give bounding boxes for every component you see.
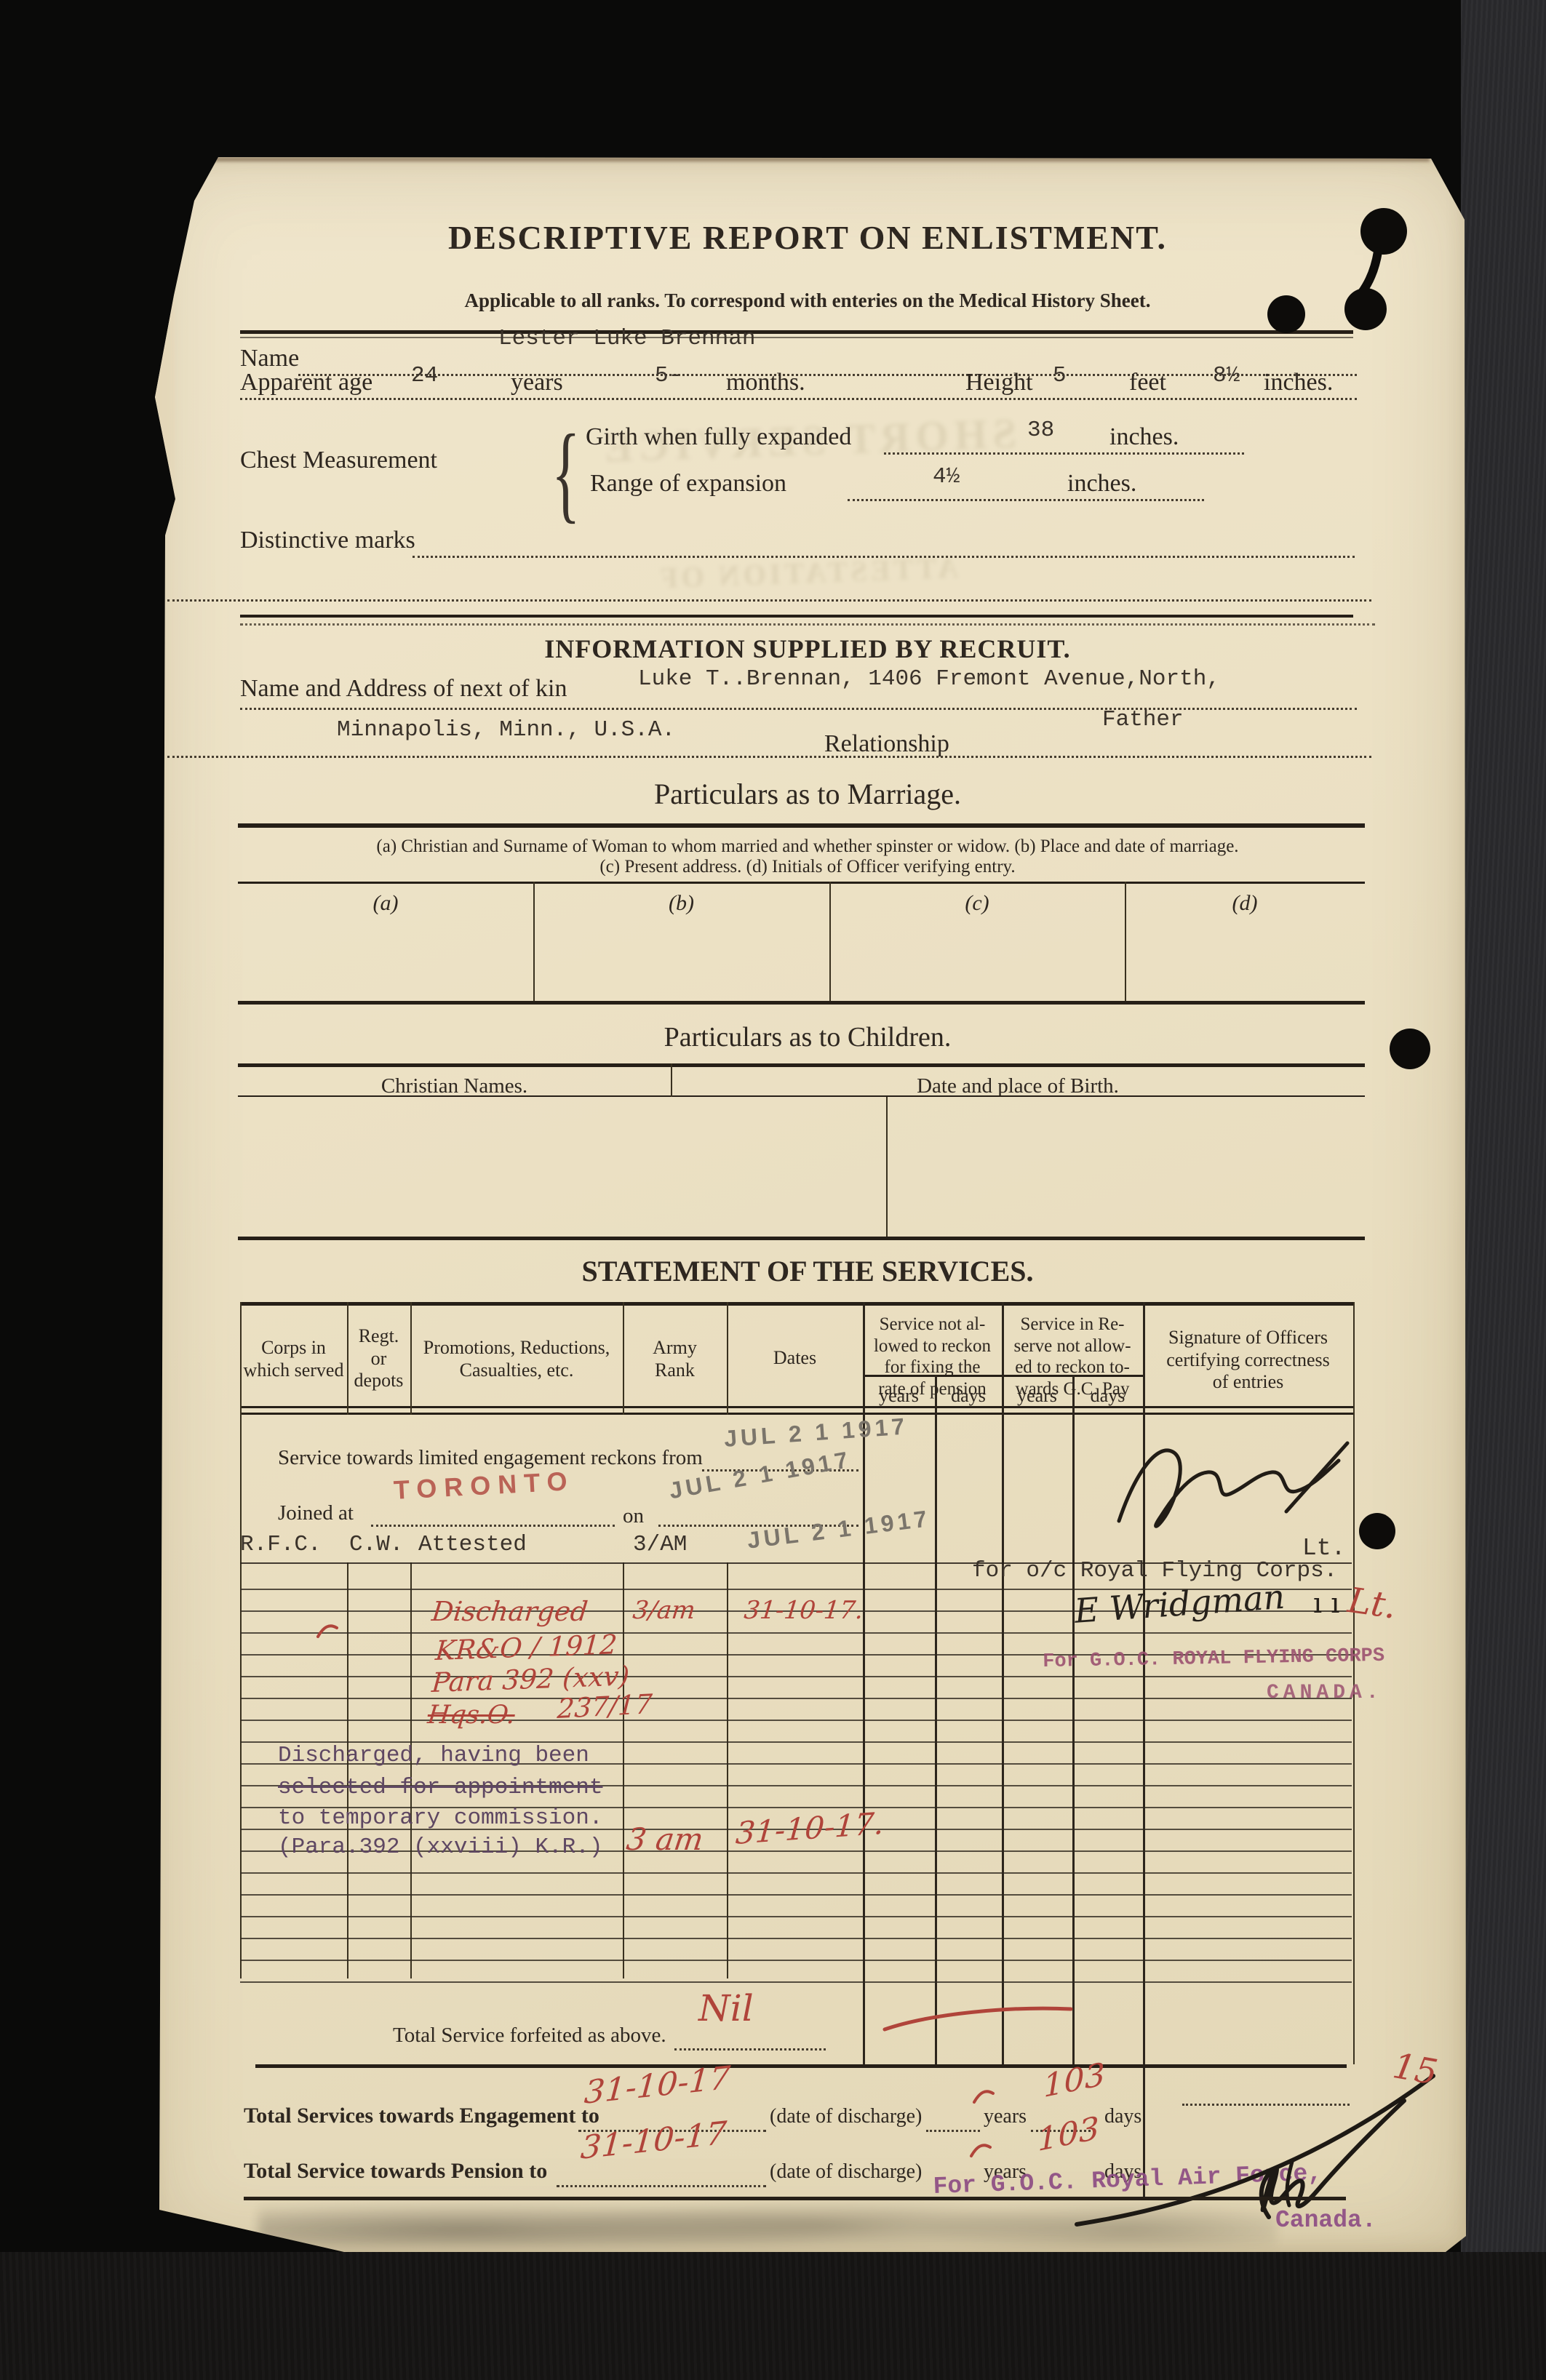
services-section-title: STATEMENT OF THE SERVICES.: [149, 1254, 1466, 1288]
ink-blot-2: [1344, 288, 1387, 330]
red-lt-annotation: Lt.: [1345, 1580, 1399, 1627]
services-col-corps-header: Corps in which served: [240, 1337, 347, 1381]
services-hdr-divider-2: [410, 1302, 412, 1415]
relationship-label: Relationship: [824, 730, 949, 758]
expansion-value: 4½: [933, 464, 960, 490]
kin-dotted-line-2: [167, 756, 1371, 758]
services-col-dates-header: Dates: [727, 1347, 863, 1370]
next-of-kin-label: Name and Address of next of kin: [240, 675, 567, 703]
girth-dotted-line: [884, 452, 1244, 455]
expansion-units-label: inches.: [1067, 470, 1136, 498]
services-col-rank-header: Army Rank: [623, 1337, 727, 1381]
forfeited-dotted-line: [674, 2048, 826, 2050]
reckons-date-stamp: JUL 2 1 1917: [723, 1413, 909, 1453]
typed-discharge-line1: Discharged, having been: [278, 1743, 589, 1768]
scanned-document-screenshot: SHORT SERVICE ATTESTATION OF DESCRIPTIVE…: [0, 0, 1546, 2380]
children-rule-bottom: [238, 1237, 1365, 1240]
marriage-rule-header: [238, 882, 1365, 884]
marriage-note-line2: (c) Present address. (d) Initials of Off…: [149, 857, 1466, 877]
joined-dotted-line-1: [371, 1525, 615, 1527]
children-header-divider: [671, 1063, 672, 1097]
services-hdr-divider-4: [727, 1302, 728, 1415]
page-bottom-rule: [244, 2197, 1346, 2200]
recruit-section-title: INFORMATION SUPPLIED BY RECRUIT.: [149, 634, 1466, 664]
ink-blot-3: [1267, 295, 1305, 333]
pension-dotted-1: [557, 2185, 766, 2187]
engagement-total-label: Total Services towards Engagement to: [244, 2104, 599, 2128]
inches-label: inches.: [1264, 369, 1333, 396]
pension-date-red: 31-10-17: [579, 2115, 728, 2166]
typed-discharge-line3: to temporary commission.: [278, 1805, 602, 1831]
services-reserve-days-header: days: [1072, 1385, 1143, 1407]
name-dotted-line: [298, 374, 1357, 376]
marriage-col-c-header: (c): [829, 890, 1125, 916]
height-label: Height: [965, 369, 1033, 396]
height-inches-value: 8½: [1213, 363, 1240, 388]
services-hdr-divider-3: [623, 1302, 624, 1415]
attest-regt-value: C.W.: [349, 1532, 403, 1557]
feet-label: feet: [1129, 369, 1166, 396]
attest-corps-value: R.F.C.: [240, 1532, 322, 1557]
kin-dotted-line-1: [240, 708, 1357, 710]
years-label: years: [511, 369, 563, 396]
paper-top-edge: [193, 157, 1430, 161]
relationship-value: Father: [1102, 707, 1184, 732]
forfeited-label: Total Service forfeited as above.: [393, 2024, 666, 2048]
joined-at-label: Joined at: [278, 1501, 354, 1525]
children-rule-header: [238, 1095, 1365, 1097]
discharge-date-value: 31-10-17.: [743, 1596, 865, 1625]
marriage-col-a-header: (a): [238, 890, 533, 916]
punch-hole-lower: [1359, 1513, 1395, 1549]
marriage-divider-3: [1125, 882, 1126, 1002]
red-corner-note: 15: [1390, 2045, 1441, 2093]
forfeited-value-red: Nil: [698, 1987, 754, 2029]
distinctive-marks-label: Distinctive marks: [240, 527, 415, 554]
services-col-promotions-header: Promotions, Reductions, Casualties, etc.: [410, 1337, 623, 1381]
services-pension-days-header: days: [935, 1385, 1002, 1407]
services-pension-subrule: [863, 1375, 1002, 1377]
typed-discharge-rank-red: 3 am: [624, 1821, 706, 1857]
background-fabric-band: [1461, 0, 1546, 2380]
height-feet-value: 5: [1053, 363, 1067, 388]
services-col-regt-header: Regt. or depots: [347, 1325, 410, 1392]
form-title: DESCRIPTIVE REPORT ON ENLISTMENT.: [149, 218, 1466, 257]
marriage-rule-bottom: [238, 1001, 1365, 1005]
services-header-rule-1: [240, 1406, 1353, 1408]
discharge-promotion-value: Discharged: [430, 1596, 589, 1627]
wridgman-signature-marks: ı ı: [1313, 1587, 1339, 1619]
typed-discharge-line4: (Para.392 (xxviii) K.R.): [278, 1834, 602, 1860]
section-dotted-line: [240, 623, 1375, 626]
red-tick-regt: [315, 1621, 340, 1641]
chest-brace: {: [551, 410, 581, 535]
discharge-ref3-struck: Hqs.O.: [426, 1701, 517, 1730]
apparent-age-label: Apparent age: [240, 369, 372, 396]
header-rule-thin: [240, 337, 1353, 338]
expansion-label: Range of expansion: [590, 470, 786, 498]
age-months-value: 5-: [655, 363, 682, 388]
girth-value: 38: [1027, 418, 1054, 443]
chest-measurement-label: Chest Measurement: [240, 447, 437, 474]
age-row-dotted-line: [240, 398, 1357, 400]
children-body-divider: [886, 1097, 888, 1237]
months-label: months.: [726, 369, 805, 396]
typed-discharge-line2-struck: selected for appointment: [278, 1775, 602, 1800]
services-reserve-years-header: years: [1002, 1385, 1072, 1407]
marriage-col-b-header: (b): [533, 890, 829, 916]
enlistment-form-page: SHORT SERVICE ATTESTATION OF DESCRIPTIVE…: [149, 157, 1466, 2252]
attest-rank-value: 3/AM: [633, 1532, 687, 1557]
section-rule: [240, 615, 1353, 618]
on-label: on: [623, 1504, 644, 1528]
attest-promotion-value: Attested: [418, 1532, 527, 1557]
background-bottom-band: [0, 2252, 1546, 2380]
marriage-note-line1: (a) Christian and Surname of Woman to wh…: [149, 836, 1466, 857]
children-rule-top: [238, 1063, 1365, 1067]
marks-dotted-line-2: [167, 599, 1371, 602]
goc-rfc-stamp-line2: CANADA.: [1267, 1682, 1383, 1704]
marriage-rule-top: [238, 823, 1365, 828]
name-value: Lester Luke Brennan: [498, 326, 755, 351]
attest-date-stamp: JUL 2 1 1917: [746, 1505, 932, 1554]
girth-units-label: inches.: [1109, 423, 1179, 451]
punch-hole-middle: [1390, 1029, 1430, 1069]
discharge-ref1: KR&O / 1912: [434, 1629, 618, 1666]
reckons-label: Service towards limited engagement recko…: [278, 1446, 703, 1470]
joined-place-stamp: TORONTO: [393, 1466, 575, 1506]
marks-dotted-line-1: [413, 556, 1355, 558]
ink-blot-comma: [1353, 201, 1419, 303]
expansion-dotted-line: [848, 499, 1204, 501]
pension-total-label: Total Service towards Pension to: [244, 2159, 547, 2184]
marriage-divider-1: [533, 882, 535, 1002]
services-hdr-divider-1: [347, 1302, 348, 1415]
services-header-rule-2: [240, 1413, 1353, 1415]
next-of-kin-value-line1: Luke T..Brennan, 1406 Fremont Avenue,Nor…: [638, 666, 1220, 692]
services-pension-years-header: years: [863, 1385, 935, 1407]
discharge-officer-signature: [866, 1990, 1441, 2230]
girth-label: Girth when fully expanded: [586, 423, 851, 451]
marriage-section-title: Particulars as to Marriage.: [149, 777, 1466, 811]
services-rule-top: [240, 1302, 1353, 1306]
children-section-title: Particulars as to Children.: [149, 1021, 1466, 1053]
next-of-kin-value-line2: Minnapolis, Minn., U.S.A.: [337, 717, 675, 743]
marriage-col-d-header: (d): [1125, 890, 1365, 916]
discharge-rank-value: 3/am: [631, 1596, 697, 1625]
age-years-value: 24: [411, 363, 438, 388]
header-rule-heavy: [240, 330, 1353, 334]
discharge-ref3-number: 237/17: [557, 1688, 653, 1725]
marriage-divider-2: [829, 882, 831, 1002]
services-col-signature-header: Signature of Officers certifying correct…: [1143, 1327, 1353, 1394]
